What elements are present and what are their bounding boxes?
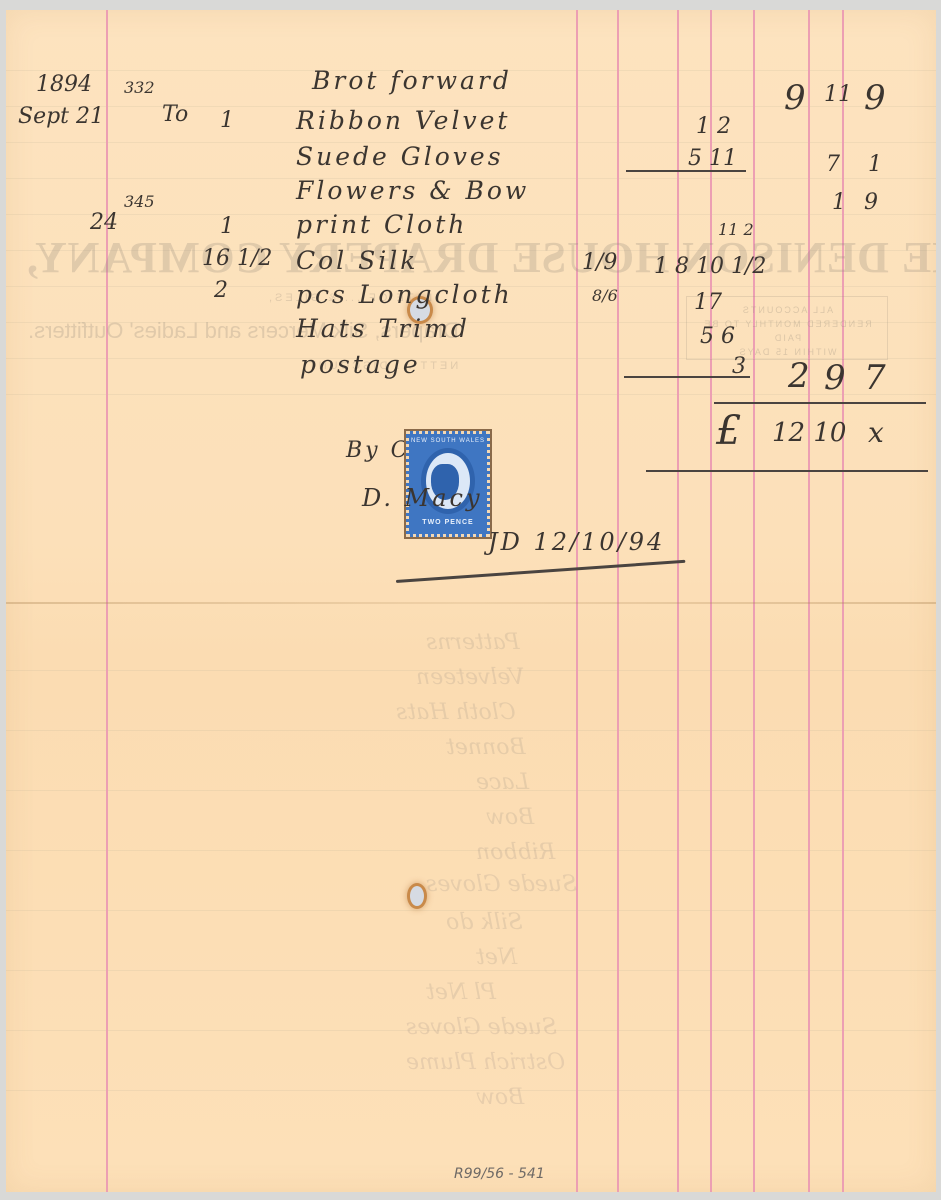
- fold-crease: [6, 602, 936, 604]
- ghost-handwriting: Bow: [476, 1085, 524, 1110]
- item-description: print Cloth: [296, 210, 467, 239]
- item-price: 1/9: [582, 250, 617, 275]
- item-description: Col Silk: [296, 246, 418, 275]
- ledger-line: [6, 214, 936, 215]
- pound-symbol: £: [716, 408, 741, 454]
- ghost-handwriting: Velveteen: [416, 665, 524, 690]
- archive-reference: R99/56 - 541: [454, 1166, 545, 1182]
- total-rule-top: [714, 402, 926, 404]
- signature-flourish: [396, 560, 686, 583]
- ledger-line: [6, 1090, 936, 1091]
- item-subtotal: 5 6: [700, 324, 735, 349]
- ghost-handwriting: Cloth Hats: [396, 700, 516, 725]
- amount-shillings: 1: [832, 190, 846, 215]
- ghost-handwriting: Suede Gloves: [426, 872, 577, 897]
- item-description: Brot forward: [312, 66, 512, 95]
- ghost-handwriting: Patterns: [426, 630, 520, 655]
- total-rule-bottom: [646, 470, 928, 472]
- ledger-line: [6, 730, 936, 731]
- item-subtotal: 5 11: [688, 146, 737, 171]
- amount-pence: 1: [868, 152, 882, 177]
- item-subtotal: 17: [694, 290, 722, 315]
- reference-number: 345: [124, 192, 155, 211]
- ghost-handwriting: Bow: [486, 805, 534, 830]
- item-subtotal: 1 2: [696, 114, 731, 139]
- ghost-handwriting: Silk do: [446, 910, 523, 935]
- item-description: Hats Trimd: [296, 314, 470, 343]
- amount-shillings: 7: [826, 152, 840, 177]
- invoice-date: Sept 21: [18, 104, 104, 129]
- ghost-handwriting: Suede Gloves: [406, 1015, 557, 1040]
- item-description: Ribbon Velvet: [296, 106, 510, 135]
- column-rule: [753, 10, 755, 1192]
- amount-pounds: 9: [784, 78, 806, 118]
- amount-pence: 9: [864, 190, 878, 215]
- to-mark: To: [162, 102, 188, 127]
- punch-hole: [410, 886, 424, 906]
- column-rule: [808, 10, 810, 1192]
- ghost-handwriting: Bonnet: [446, 735, 526, 760]
- ghost-handwriting: Net: [476, 945, 517, 970]
- reference-number: 332: [124, 78, 155, 97]
- invoice-year: 1894: [36, 72, 92, 97]
- item-price: 8/6: [592, 286, 618, 305]
- column-rule: [710, 10, 712, 1192]
- amount-shillings: 9: [824, 358, 846, 398]
- total-amount: 12 10: [772, 418, 846, 448]
- item-qty: 16 1/2: [202, 246, 272, 271]
- item-qty: 1: [220, 214, 234, 239]
- subtotal-rule: [624, 376, 750, 378]
- item-description: Flowers & Bow: [296, 176, 529, 205]
- stamp-value-text: TWO PENCE: [409, 519, 487, 526]
- amount-pence: 7: [864, 358, 886, 398]
- signature: D. Macy: [362, 484, 483, 512]
- amount-pence: 9: [864, 78, 886, 118]
- item-description: postage: [300, 350, 421, 379]
- ghost-company-name: Bought of THE DENISON HOUSE DRAPERY COMP…: [26, 232, 936, 283]
- stamp-top-text: NEW SOUTH WALES: [409, 438, 487, 444]
- item-subtotal: 11 2: [718, 220, 754, 239]
- receipt-initials-date: JD 12/10/94: [488, 528, 665, 556]
- subtotal-rule: [626, 170, 746, 172]
- item-subtotal: 1 8 10 1/2: [654, 254, 766, 279]
- ledger-line: [6, 850, 936, 851]
- ghost-handwriting: Ribbon: [476, 840, 555, 865]
- column-rule: [576, 10, 578, 1192]
- amount-pounds: 2: [788, 356, 810, 396]
- column-rule: [617, 10, 619, 1192]
- total-check-mark: x: [868, 416, 884, 449]
- ghost-handwriting: Lace: [476, 770, 529, 795]
- amount-shillings: 11: [824, 82, 852, 107]
- invoice-paper: Bought of THE DENISON HOUSE DRAPERY COMP…: [6, 10, 936, 1192]
- invoice-date: 24: [90, 210, 118, 235]
- item-qty: 2: [214, 278, 228, 303]
- ledger-line: [6, 970, 936, 971]
- margin-rule: [106, 10, 108, 1192]
- item-description: Suede Gloves: [296, 142, 504, 171]
- ghost-handwriting: Ostrich Plume: [406, 1050, 565, 1075]
- item-qty: 1: [220, 108, 234, 133]
- ghost-handwriting: Pl Net: [426, 980, 496, 1005]
- column-rule: [677, 10, 679, 1192]
- item-description: pcs Longcloth: [296, 280, 513, 309]
- column-rule: [842, 10, 844, 1192]
- ledger-line: [6, 790, 936, 791]
